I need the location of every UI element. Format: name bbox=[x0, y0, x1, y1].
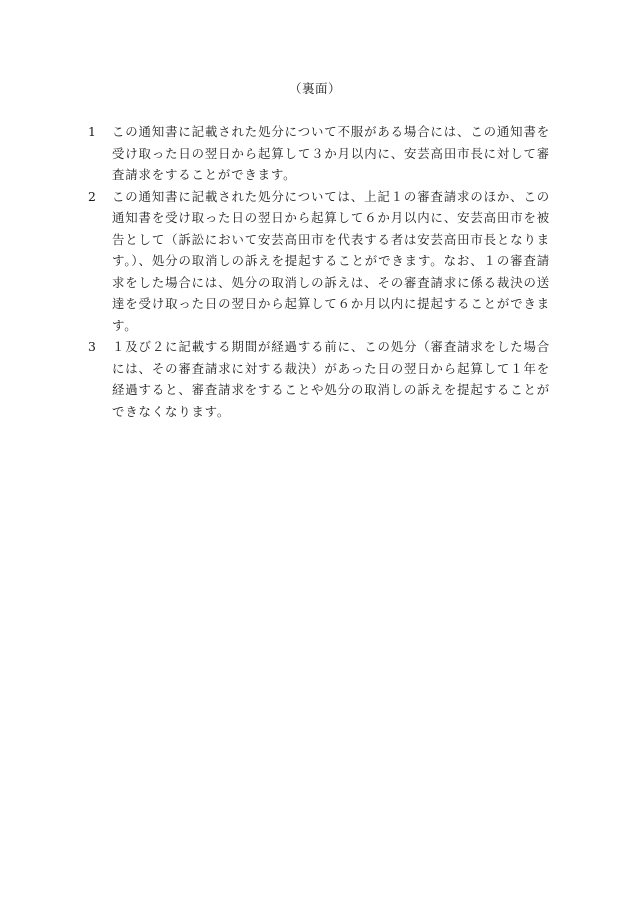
item-text: この通知書に記載された処分について不服がある場合には、この通知書を受け取った日の… bbox=[112, 121, 550, 186]
notice-list: 1 この通知書に記載された処分について不服がある場合には、この通知書を受け取った… bbox=[88, 121, 550, 422]
item-text: １及び２に記載する期間が経過する前に、この処分（審査請求をした場合には、その審査… bbox=[112, 336, 550, 422]
notice-item-1: 1 この通知書に記載された処分について不服がある場合には、この通知書を受け取った… bbox=[88, 121, 550, 186]
notice-item-3: 3 １及び２に記載する期間が経過する前に、この処分（審査請求をした場合には、その… bbox=[88, 336, 550, 422]
item-number: 2 bbox=[88, 186, 108, 208]
page-title: （裏面） bbox=[0, 80, 630, 98]
item-number: 3 bbox=[88, 336, 108, 358]
item-number: 1 bbox=[88, 121, 108, 143]
notice-item-2: 2 この通知書に記載された処分については、上記１の審査請求のほか、この通知書を受… bbox=[88, 186, 550, 337]
document-page: （裏面） 1 この通知書に記載された処分について不服がある場合には、この通知書を… bbox=[0, 0, 630, 903]
item-text: この通知書に記載された処分については、上記１の審査請求のほか、この通知書を受け取… bbox=[112, 186, 550, 337]
